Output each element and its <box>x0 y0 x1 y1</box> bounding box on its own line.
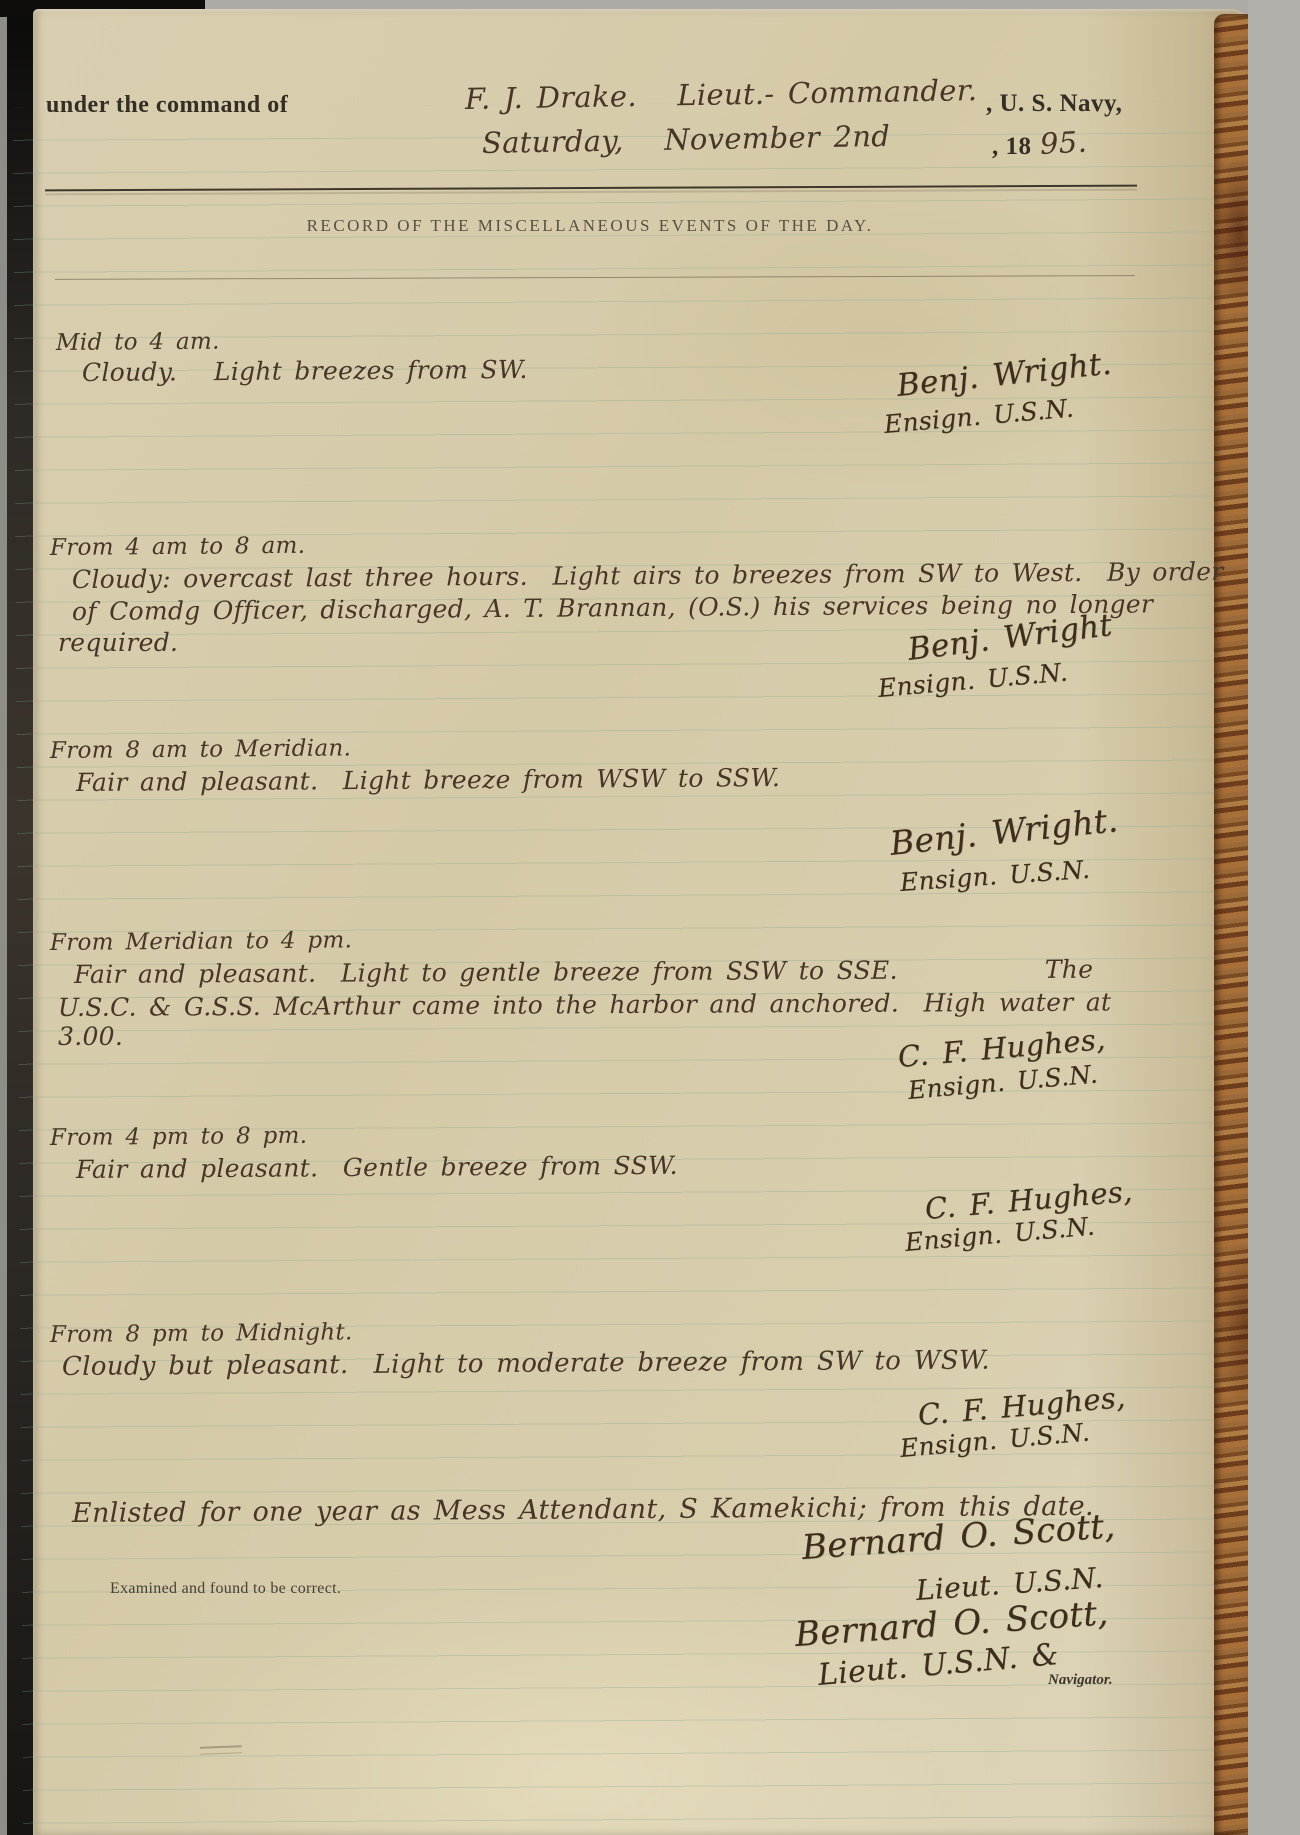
entry-2-period: From 4 am to 8 am. <box>50 533 305 561</box>
entry-4-period: From Meridian to 4 pm. <box>50 927 352 956</box>
examined-note: Examined and found to be correct. <box>110 1580 341 1598</box>
entry-1-line-1: Cloudy. Light breezes from SW. <box>82 355 528 387</box>
entry-2-line-3: required. <box>58 628 178 657</box>
printed-us-navy: , U. S. Navy, <box>986 90 1122 118</box>
book-spine-binding <box>7 0 33 1835</box>
entry-4-line-3: 3.00. <box>58 1022 123 1051</box>
scan-background-right-edge <box>1248 0 1300 1835</box>
entry-3-line-1: Fair and pleasant. Light breeze from WSW… <box>76 763 780 797</box>
section-title: RECORD OF THE MISCELLANEOUS EVENTS OF TH… <box>40 216 1140 236</box>
printed-year-prefix: , 18 <box>992 133 1032 161</box>
entry-1-period: Mid to 4 am. <box>56 329 220 356</box>
entry-6-period: From 8 pm to Midnight. <box>50 1319 353 1348</box>
faded-pen-mark <box>200 1745 242 1754</box>
logbook-page <box>33 9 1248 1835</box>
year-handwritten: 95. <box>1039 125 1088 161</box>
entry-4-line-1: Fair and pleasant. Light to gentle breez… <box>74 955 1093 989</box>
navigator-printed-label: Navigator. <box>1048 1672 1113 1689</box>
scan-background-left-edge <box>0 0 7 1835</box>
entry-3-period: From 8 am to Meridian. <box>50 735 351 764</box>
entry-5-period: From 4 pm to 8 pm. <box>50 1123 308 1151</box>
printed-command-prefix: under the command of <box>46 92 288 119</box>
date-handwritten: Saturday, November 2nd <box>482 119 891 160</box>
entry-4-line-2: U.S.C. & G.S.S. McArthur came into the h… <box>58 987 1112 1022</box>
ship-log-scan: { "page": { "header": { "printed_prefix"… <box>0 0 1300 1835</box>
entry-5-line-1: Fair and pleasant. Gentle breeze from SS… <box>76 1151 678 1184</box>
